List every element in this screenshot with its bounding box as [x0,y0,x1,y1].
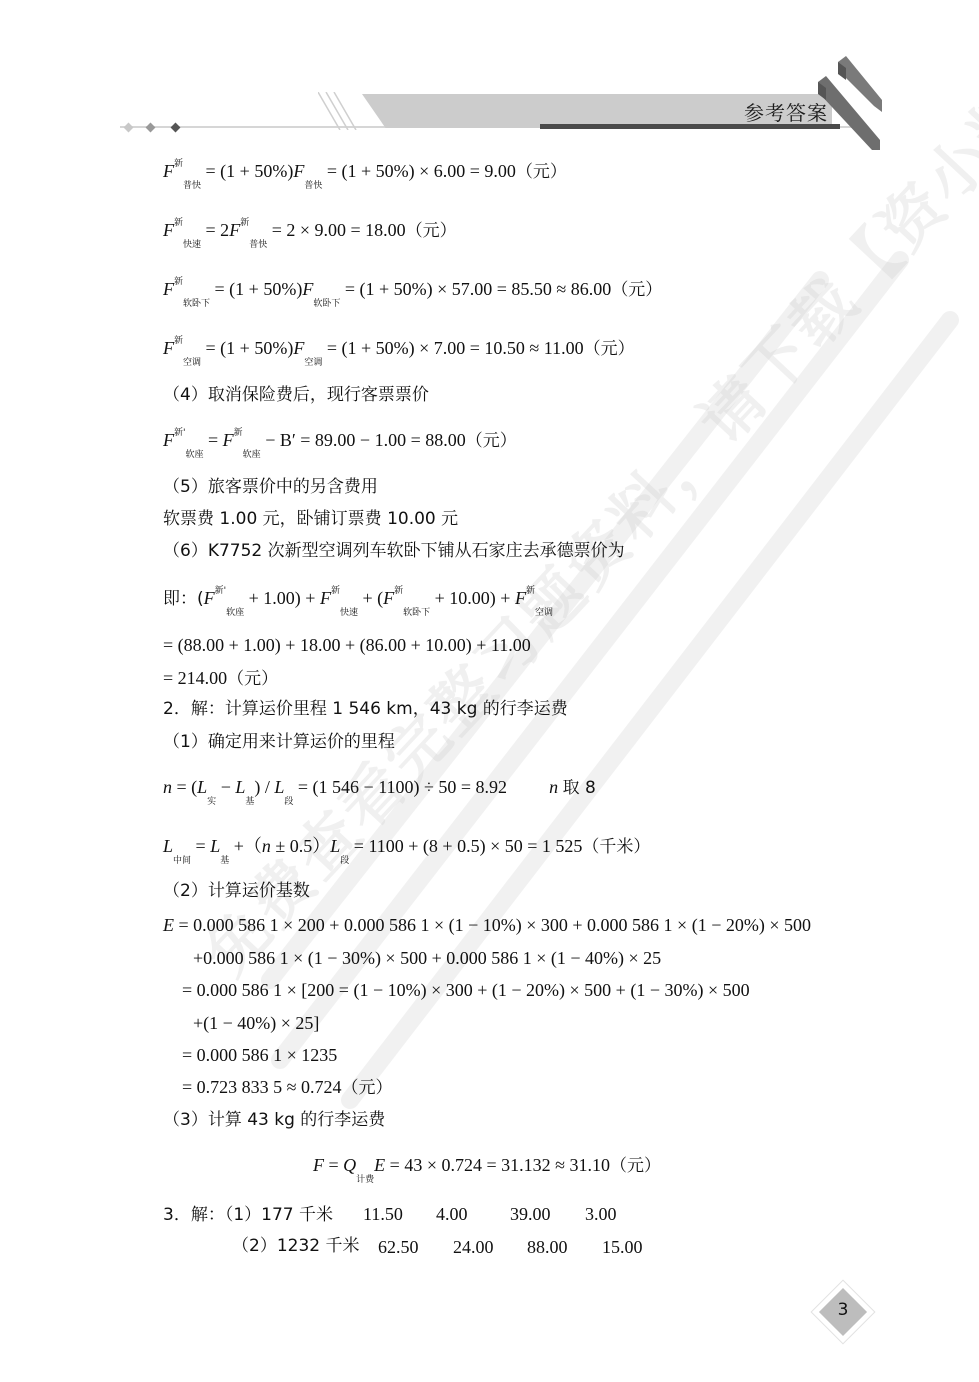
q3-value: 15.00 [602,1238,643,1256]
formula-line: F新软卧下 = (1 + 50%)F软卧下 = (1 + 50%) × 57.0… [163,280,662,303]
page-header: 参考答案 [0,0,979,160]
formula-line: = 0.000 586 1 × 1235 [182,1046,337,1064]
formula-line: E = 0.000 586 1 × 200 + 0.000 586 1 × (1… [163,916,811,934]
q3-value: 4.00 [436,1205,468,1223]
formula-line: = 0.000 586 1 × [200 = (1 − 10%) × 300 +… [182,981,750,999]
formula-line: F = Q计费E = 43 × 0.724 = 31.132 ≈ 31.10（元… [313,1156,661,1179]
page-number: 3 [819,1300,867,1320]
formula-line: F新普快 = (1 + 50%)F普快 = (1 + 50%) × 6.00 =… [163,162,567,185]
q3-row: （2）1232 千米 [232,1238,359,1255]
formula-line: = (88.00 + 1.00) + 18.00 + (86.00 + 10.0… [163,636,531,654]
q3-value: 24.00 [453,1238,494,1256]
step-heading: （2）计算运价基数 [163,883,310,900]
step-heading: （1）确定用来计算运价的里程 [163,734,395,751]
step-text: 软票费 1.00 元，卧铺订票费 10.00 元 [163,511,458,528]
q3-value: 62.50 [378,1238,419,1256]
q3-value: 39.00 [510,1205,551,1223]
page-number-badge: 3 [819,1288,867,1336]
step-heading: （5）旅客票价中的另含费用 [163,479,378,496]
step-heading: （4）取消保险费后，现行客票票价 [163,387,429,404]
step-heading: （3）计算 43 kg 的行李运费 [163,1112,385,1129]
formula-line: +(1 − 40%) × 25] [193,1014,319,1032]
formula-line: 即：(F新'软座 + 1.00) + F新快速 + (F新软卧下 + 10.00… [163,589,553,612]
formula-line: = 0.723 833 5 ≈ 0.724（元） [182,1078,393,1097]
formula-line: = 214.00（元） [163,669,278,688]
q3-row: 3．解：（1）177 千米 [163,1205,333,1224]
formula-line: F新快速 = 2F新普快 = 2 × 9.00 = 18.00（元） [163,221,457,244]
header-slash-decoration [810,52,890,152]
formula-line: F新'软座 = F新软座 − B′ = 89.00 − 1.00 = 88.00… [163,431,517,454]
question-heading: 2．解：计算运价里程 1 546 km，43 kg 的行李运费 [163,701,568,718]
q3-value: 11.50 [363,1205,403,1223]
formula-line: n = (L实 − L基) / L段 = (1 546 − 1100) ÷ 50… [163,778,596,801]
q3-value: 3.00 [585,1205,617,1223]
step-heading: （6）K7752 次新型空调列车软卧下铺从石家庄去承德票价为 [163,543,625,560]
formula-line: F新空调 = (1 + 50%)F空调 = (1 + 50%) × 7.00 =… [163,339,635,362]
diamond-icon [171,123,181,133]
formula-line: L中间 = L基 +（n ± 0.5）L段 = 1100 + (8 + 0.5)… [163,837,650,860]
formula-line: +0.000 586 1 × (1 − 30%) × 500 + 0.000 5… [193,949,661,967]
watermark-streaks [260,240,960,1140]
q3-value: 88.00 [527,1238,568,1256]
diamond-icon [146,123,156,133]
diamond-icon [124,123,134,133]
